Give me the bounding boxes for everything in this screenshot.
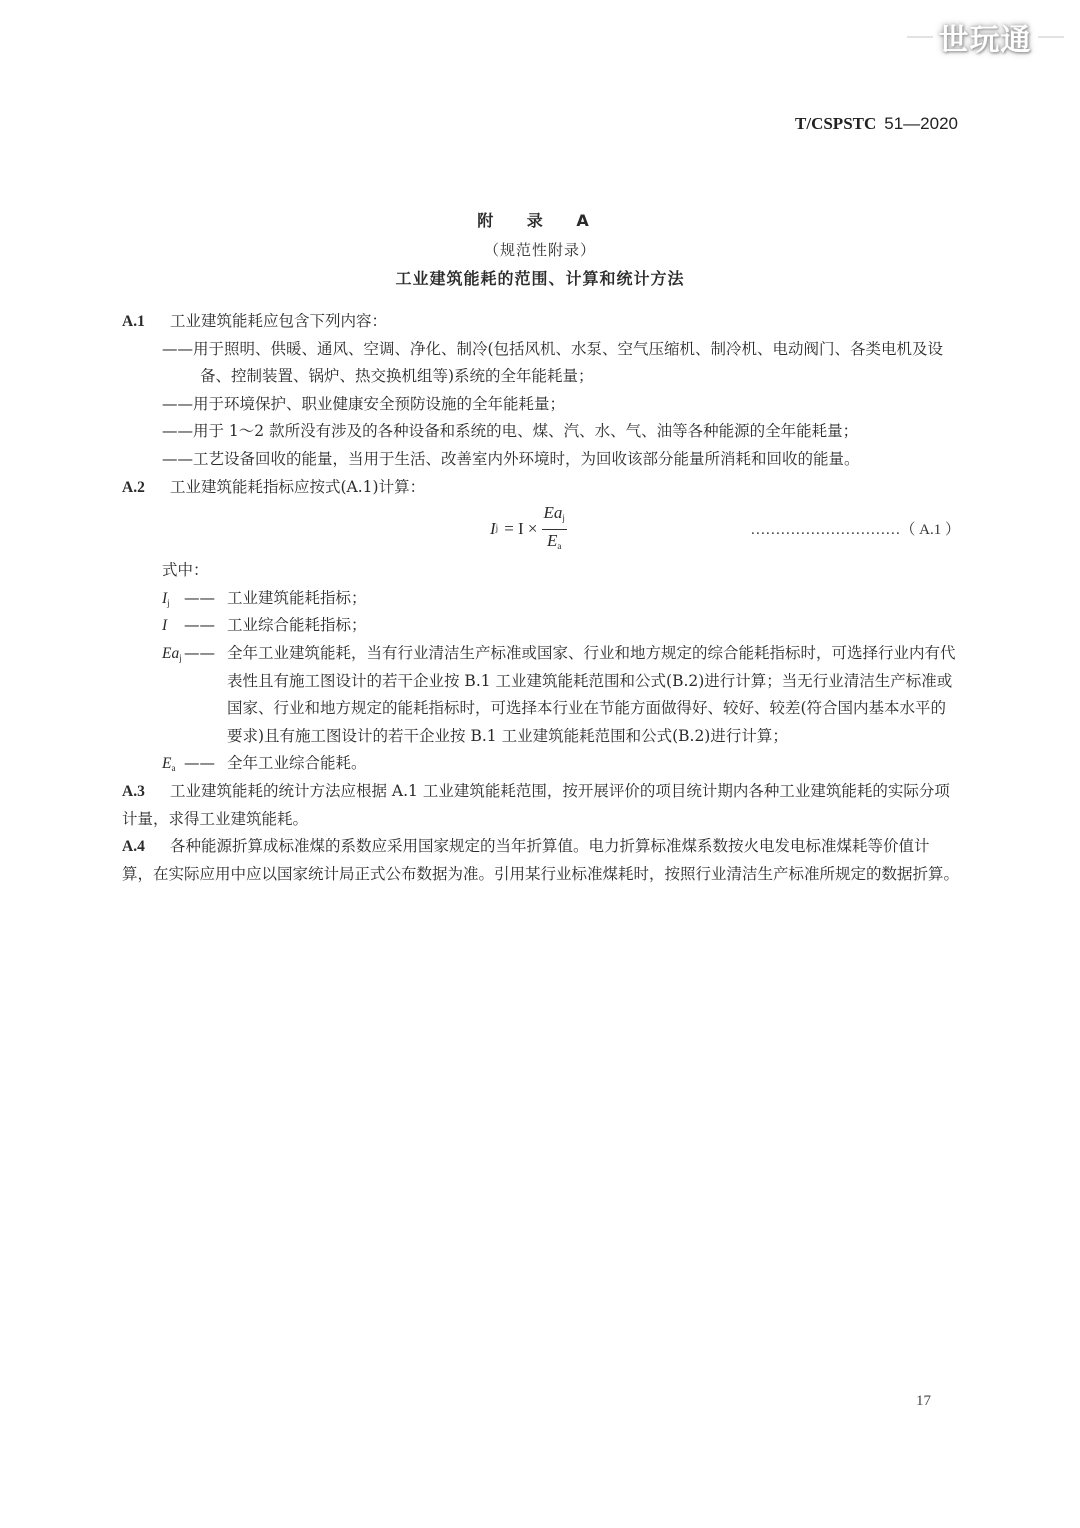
definition-text: 工业建筑能耗指标； <box>227 585 960 613</box>
definition-text: 工业综合能耗指标； <box>227 612 960 640</box>
clause-number: A.1 <box>122 308 170 336</box>
formula-operator: = I × <box>504 515 537 543</box>
definition-symbol: Ea <box>162 750 175 783</box>
clause-text: 各种能源折算成标准煤的系数应采用国家规定的当年折算值。电力折算标准煤系数按火电发… <box>122 837 959 883</box>
symbol-sub: a <box>171 763 175 773</box>
formula-lhs-sub: j <box>496 515 499 543</box>
clause-a3: A.3工业建筑能耗的统计方法应根据 A.1 工业建筑能耗范围，按开展评价的项目统… <box>122 778 960 833</box>
appendix-subtitle: （规范性附录） <box>0 236 1080 264</box>
definition-dash: —— <box>184 612 215 640</box>
list-item: ——用于照明、供暖、通风、空调、净化、制冷(包括风机、水泵、空气压缩机、制冷机、… <box>122 336 960 391</box>
definition-item: Ij —— 工业建筑能耗指标； <box>122 585 960 613</box>
clause-number: A.4 <box>122 833 170 861</box>
list-item: ——工艺设备回收的能量，当用于生活、改善室内外环境时，为回收该部分能量所消耗和回… <box>122 446 960 474</box>
standard-code-header: T/CSPSTC51—2020 <box>795 114 958 134</box>
formula-denominator: Ea <box>547 530 561 557</box>
definition-text: 全年工业综合能耗。 <box>227 750 960 778</box>
definition-symbol: I <box>162 612 167 640</box>
definition-item: Ea —— 全年工业综合能耗。 <box>122 750 960 778</box>
clause-text: 工业建筑能耗应包含下列内容： <box>170 312 387 330</box>
clause-text: 工业建筑能耗的统计方法应根据 A.1 工业建筑能耗范围，按开展评价的项目统计期内… <box>122 782 950 828</box>
document-body: A.1工业建筑能耗应包含下列内容： ——用于照明、供暖、通风、空调、净化、制冷(… <box>122 308 960 888</box>
clause-number: A.2 <box>122 474 170 502</box>
clause-a4: A.4各种能源折算成标准煤的系数应采用国家规定的当年折算值。电力折算标准煤系数按… <box>122 833 960 888</box>
list-item: ——用于环境保护、职业健康安全预防设施的全年能耗量； <box>122 391 960 419</box>
appendix-heading-block: 附 录 A （规范性附录） 工业建筑能耗的范围、计算和统计方法 <box>0 206 1080 294</box>
symbol-sub: j <box>179 653 182 663</box>
definition-item: I —— 工业综合能耗指标； <box>122 612 960 640</box>
standard-code: T/CSPSTC <box>795 114 876 133</box>
watermark-logo: 世玩通 <box>905 12 1065 62</box>
where-label: 式中： <box>122 557 960 585</box>
denominator-symbol: E <box>547 531 557 550</box>
formula-a1: Ij = I × Eaj Ea …………………………（ A.1 ） <box>122 501 960 557</box>
watermark-left-line <box>907 36 933 38</box>
equation-number: …………………………（ A.1 ） <box>750 517 960 545</box>
definition-symbol: Eaj <box>162 640 182 673</box>
clause-a2: A.2工业建筑能耗指标应按式(A.1)计算： <box>122 474 960 502</box>
appendix-heading: 工业建筑能耗的范围、计算和统计方法 <box>0 264 1080 294</box>
denominator-sub: a <box>557 541 561 551</box>
clause-text: 工业建筑能耗指标应按式(A.1)计算： <box>170 478 425 496</box>
numerator-symbol: Ea <box>544 503 563 522</box>
definition-item: Eaj —— 全年工业建筑能耗，当有行业清洁生产标准或国家、行业和地方规定的综合… <box>122 640 960 750</box>
appendix-title: 附 录 A <box>0 206 1080 236</box>
page-number: 17 <box>916 1393 931 1410</box>
symbol-sub: j <box>167 598 170 608</box>
symbol-text: Ea <box>162 645 179 662</box>
definition-dash: —— <box>184 750 215 778</box>
watermark-text: 世玩通 <box>939 15 1032 59</box>
definition-dash: —— <box>184 640 215 668</box>
numerator-sub: j <box>562 513 565 523</box>
watermark-right-line <box>1038 36 1064 38</box>
formula-fraction: Eaj Ea <box>542 502 567 557</box>
formula-numerator: Eaj <box>542 502 567 530</box>
list-item: ——用于 1～2 款所没有涉及的各种设备和系统的电、煤、汽、水、气、油等各种能源… <box>122 418 960 446</box>
symbol-text: I <box>162 617 167 634</box>
definition-text: 全年工业建筑能耗，当有行业清洁生产标准或国家、行业和地方规定的综合能耗指标时，可… <box>227 640 960 750</box>
clause-a1: A.1工业建筑能耗应包含下列内容： <box>122 308 960 336</box>
standard-number: 51—2020 <box>884 114 958 133</box>
definition-dash: —— <box>184 585 215 613</box>
formula-expression: Ij = I × Eaj Ea <box>490 501 567 557</box>
